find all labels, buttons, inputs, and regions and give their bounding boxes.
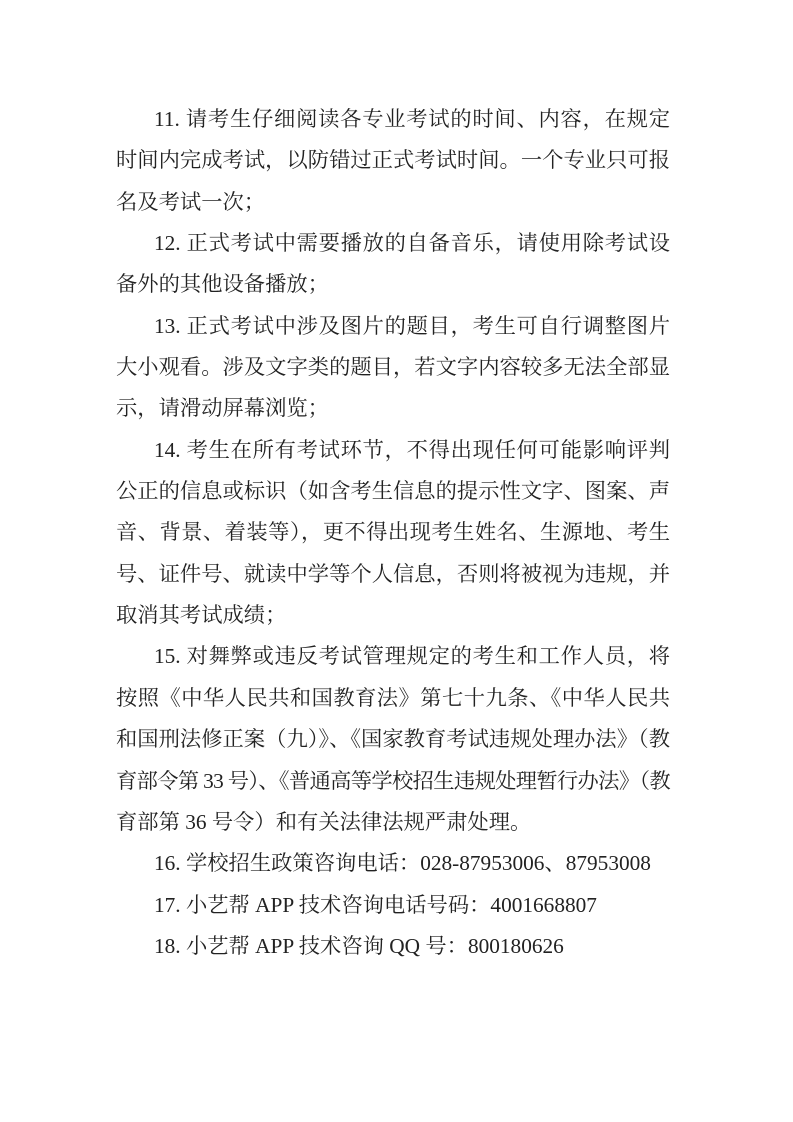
text-line: 和国刑法修正案（九）》、《国家教育考试违规处理办法》（教	[116, 719, 670, 760]
text-line: 号、证件号、就读中学等个人信息，否则将被视为违规，并	[116, 554, 670, 595]
text-line: 18. 小艺帮 APP 技术咨询 QQ 号：800180626	[116, 926, 670, 967]
text-line: 大小观看。涉及文字类的题目，若文字内容较多无法全部显	[116, 347, 670, 388]
paragraph: 14. 考生在所有考试环节，不得出现任何可能影响评判公正的信息或标识（如含考生信…	[116, 430, 670, 637]
text-line: 示，请滑动屏幕浏览；	[116, 388, 670, 429]
paragraph: 12. 正式考试中需要播放的自备音乐，请使用除考试设备外的其他设备播放；	[116, 223, 670, 306]
text-line: 名及考试一次；	[116, 182, 670, 223]
text-line: 公正的信息或标识（如含考生信息的提示性文字、图案、声	[116, 471, 670, 512]
text-line: 14. 考生在所有考试环节，不得出现任何可能影响评判	[116, 430, 670, 471]
paragraph: 15. 对舞弊或违反考试管理规定的考生和工作人员，将按照《中华人民共和国教育法》…	[116, 636, 670, 843]
paragraph: 13. 正式考试中涉及图片的题目，考生可自行调整图片大小观看。涉及文字类的题目，…	[116, 306, 670, 430]
text-line: 育部第 36 号令）和有关法律法规严肃处理。	[116, 802, 670, 843]
paragraph: 18. 小艺帮 APP 技术咨询 QQ 号：800180626	[116, 926, 670, 967]
paragraph: 17. 小艺帮 APP 技术咨询电话号码：4001668807	[116, 885, 670, 926]
document-page: 11. 请考生仔细阅读各专业考试的时间、内容，在规定时间内完成考试，以防错过正式…	[0, 0, 793, 1122]
text-line: 育部令第 33 号）、《普通高等学校招生违规处理暂行办法》（教	[116, 761, 670, 802]
text-line: 按照《中华人民共和国教育法》第七十九条、《中华人民共	[116, 678, 670, 719]
text-line: 时间内完成考试，以防错过正式考试时间。一个专业只可报	[116, 140, 670, 181]
document-content: 11. 请考生仔细阅读各专业考试的时间、内容，在规定时间内完成考试，以防错过正式…	[116, 99, 670, 967]
paragraph: 16. 学校招生政策咨询电话：028-87953006、87953008	[116, 843, 670, 884]
text-line: 11. 请考生仔细阅读各专业考试的时间、内容，在规定	[116, 99, 670, 140]
text-line: 16. 学校招生政策咨询电话：028-87953006、87953008	[116, 843, 670, 884]
text-line: 音、背景、着装等），更不得出现考生姓名、生源地、考生	[116, 512, 670, 553]
text-line: 13. 正式考试中涉及图片的题目，考生可自行调整图片	[116, 306, 670, 347]
text-line: 取消其考试成绩；	[116, 595, 670, 636]
text-line: 备外的其他设备播放；	[116, 264, 670, 305]
text-line: 17. 小艺帮 APP 技术咨询电话号码：4001668807	[116, 885, 670, 926]
text-line: 15. 对舞弊或违反考试管理规定的考生和工作人员，将	[116, 636, 670, 677]
paragraph: 11. 请考生仔细阅读各专业考试的时间、内容，在规定时间内完成考试，以防错过正式…	[116, 99, 670, 223]
text-line: 12. 正式考试中需要播放的自备音乐，请使用除考试设	[116, 223, 670, 264]
